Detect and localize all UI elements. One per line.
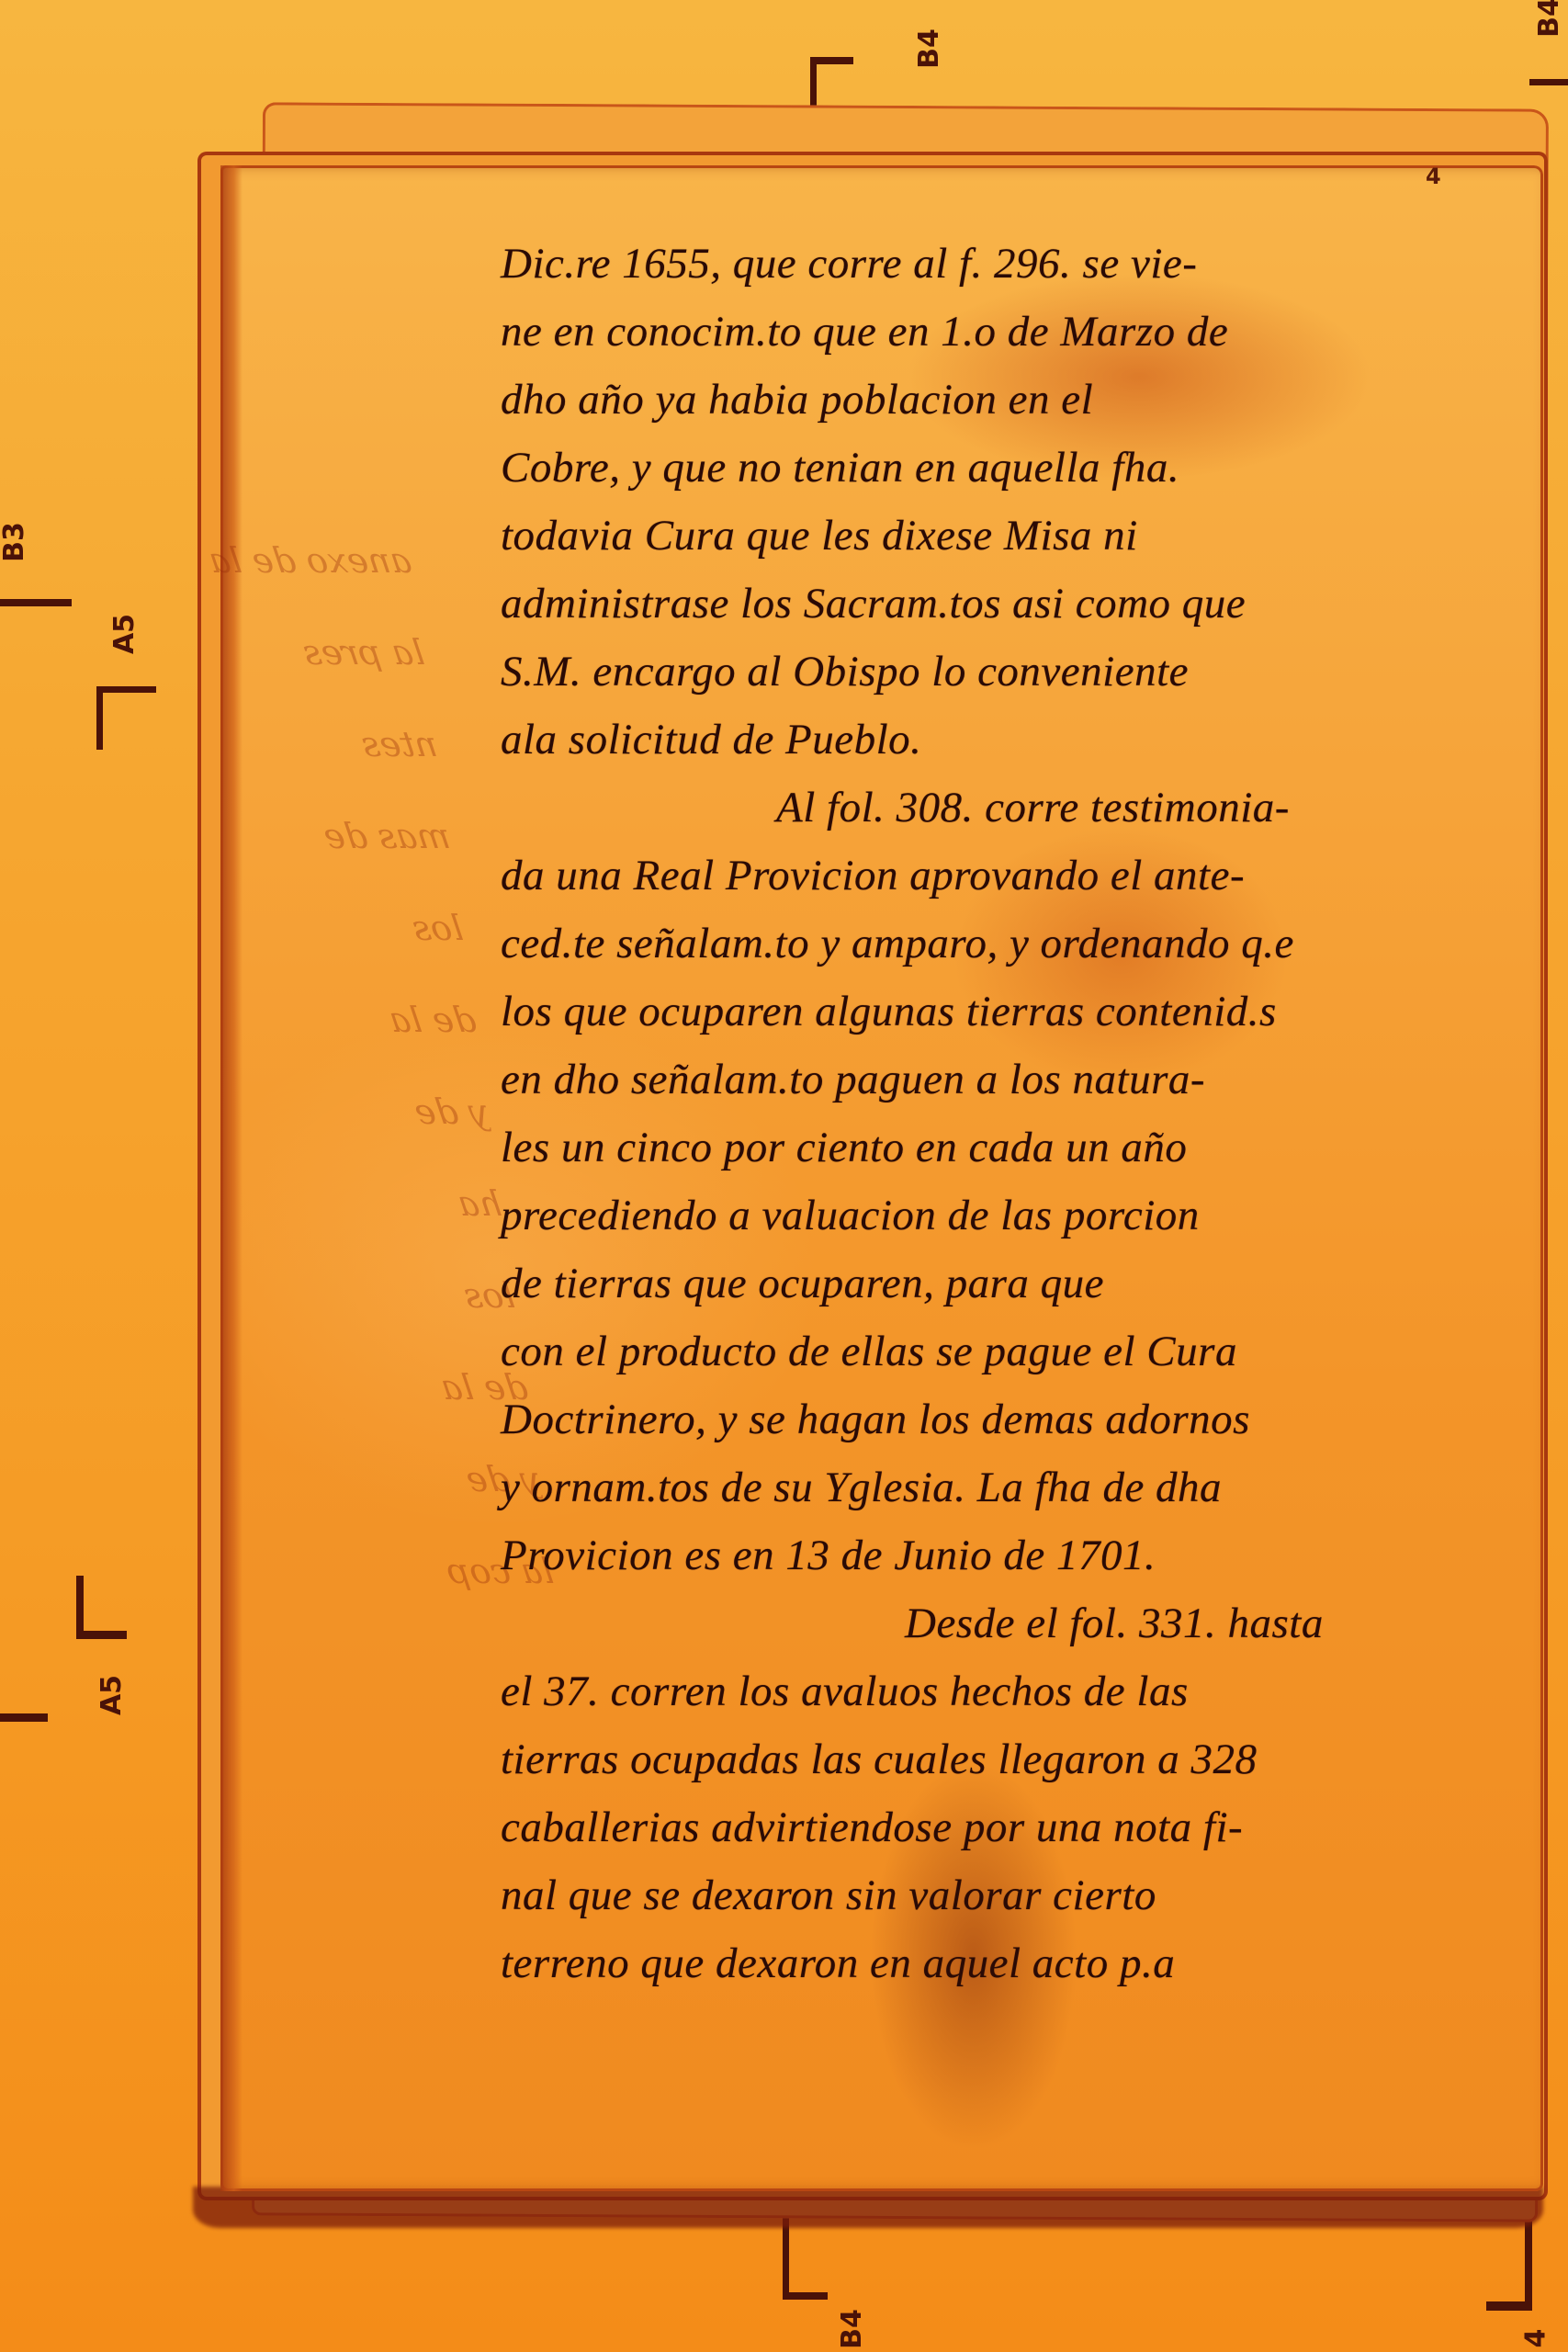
manuscript-line-10: da una Real Provicion aprovando el ante- [501, 842, 1474, 910]
manuscript-line-11: ced.te señalam.to y amparo, y ordenando … [501, 910, 1474, 978]
bleed-line: la pres [152, 606, 431, 698]
manuscript-paragraph-2-start: Al fol. 308. corre testimonia- [501, 774, 1474, 842]
manuscript-line-13: en dho señalam.to paguen a los natura- [501, 1046, 1474, 1114]
registration-label-left-a5-lower: A5 [98, 1675, 126, 1715]
manuscript-line-16: de tierras que ocuparen, para que [501, 1249, 1474, 1317]
registration-label-left-a5-upper: A5 [111, 614, 139, 654]
manuscript-line-18: Doctrinero, y se hagan los demas adornos [501, 1385, 1474, 1453]
manuscript-line-5: todavia Cura que les dixese Misa ni [501, 502, 1474, 570]
bleed-line: de la [254, 1341, 534, 1433]
manuscript-line-23: tierras ocupadas las cuales llegaron a 3… [501, 1725, 1474, 1793]
page-corner-number: 4 [1426, 165, 1441, 187]
manuscript-line-8: ala solicitud de Pueblo. [501, 706, 1474, 774]
manuscript-line-2: ne en conocim.to que en 1.o de Marzo de [501, 298, 1474, 366]
crop-tick-left-lower-h [76, 1631, 127, 1639]
bleed-line: anexo de la [139, 514, 418, 606]
manuscript-line-6: administrase los Sacram.tos asi como que [501, 570, 1474, 638]
bleed-line: y de [216, 1066, 495, 1158]
registration-label-bottom-right: 4 [1522, 2329, 1550, 2348]
crop-tick-left-lower-v [76, 1576, 84, 1638]
manuscript-line-20: Provicion es en 13 de Junio de 1701. [501, 1521, 1474, 1589]
bleed-line: ha [229, 1158, 508, 1249]
manuscript-line-25: nal que se dexaron sin valorar cierto [501, 1861, 1474, 1929]
manuscript-line-26: terreno que dexaron en aquel acto p.a [501, 1929, 1474, 1997]
registration-label-bottom-center: B4 [839, 2309, 866, 2349]
manuscript-text: Dic.re 1655, que corre al f. 296. se vie… [501, 230, 1474, 1997]
crop-mark-bottom-right [1486, 2214, 1532, 2311]
manuscript-line-15: precediendo a valuacion de las porcion [501, 1182, 1474, 1249]
manuscript-line-3: dho año ya habia poblacion en el [501, 366, 1474, 434]
crop-tick-top-right [1529, 79, 1568, 85]
bleed-line: mas de [177, 790, 457, 882]
manuscript-line-14: les un cinco por ciento en cada un año [501, 1114, 1474, 1182]
registration-label-left-b3: B3 [1, 522, 28, 562]
manuscript-line-19: y ornam.tos de su Yglesia. La fha de dha [501, 1453, 1474, 1521]
manuscript-line-22: el 37. corren los avaluos hechos de las [501, 1657, 1474, 1725]
manuscript-line-4: Cobre, y que no tenian en aquella fha. [501, 434, 1474, 502]
bleed-line: los [242, 1249, 521, 1341]
manuscript-line-24: caballerias advirtiendose por una nota f… [501, 1793, 1474, 1861]
crop-tick-left-upper [0, 599, 72, 606]
page-shadow [193, 2187, 1543, 2228]
bleed-line: de la [203, 974, 482, 1066]
bleed-line: los [190, 882, 469, 974]
manuscript-line-17: con el producto de ellas se pague el Cur… [501, 1317, 1474, 1385]
crop-tick-left-lower [0, 1713, 48, 1722]
registration-label-top-center: B4 [916, 28, 943, 69]
bleed-line: ntes [164, 698, 444, 790]
manuscript-line-1: Dic.re 1655, que corre al f. 296. se vie… [501, 230, 1474, 298]
crop-mark-left-upper [96, 686, 156, 750]
manuscript-line-7: S.M. encargo al Obispo lo conveniente [501, 638, 1474, 706]
manuscript-line-12: los que ocuparen algunas tierras conteni… [501, 978, 1474, 1046]
registration-label-top-right: B4 [1536, 0, 1563, 38]
manuscript-paragraph-3-start: Desde el fol. 331. hasta [501, 1589, 1474, 1657]
